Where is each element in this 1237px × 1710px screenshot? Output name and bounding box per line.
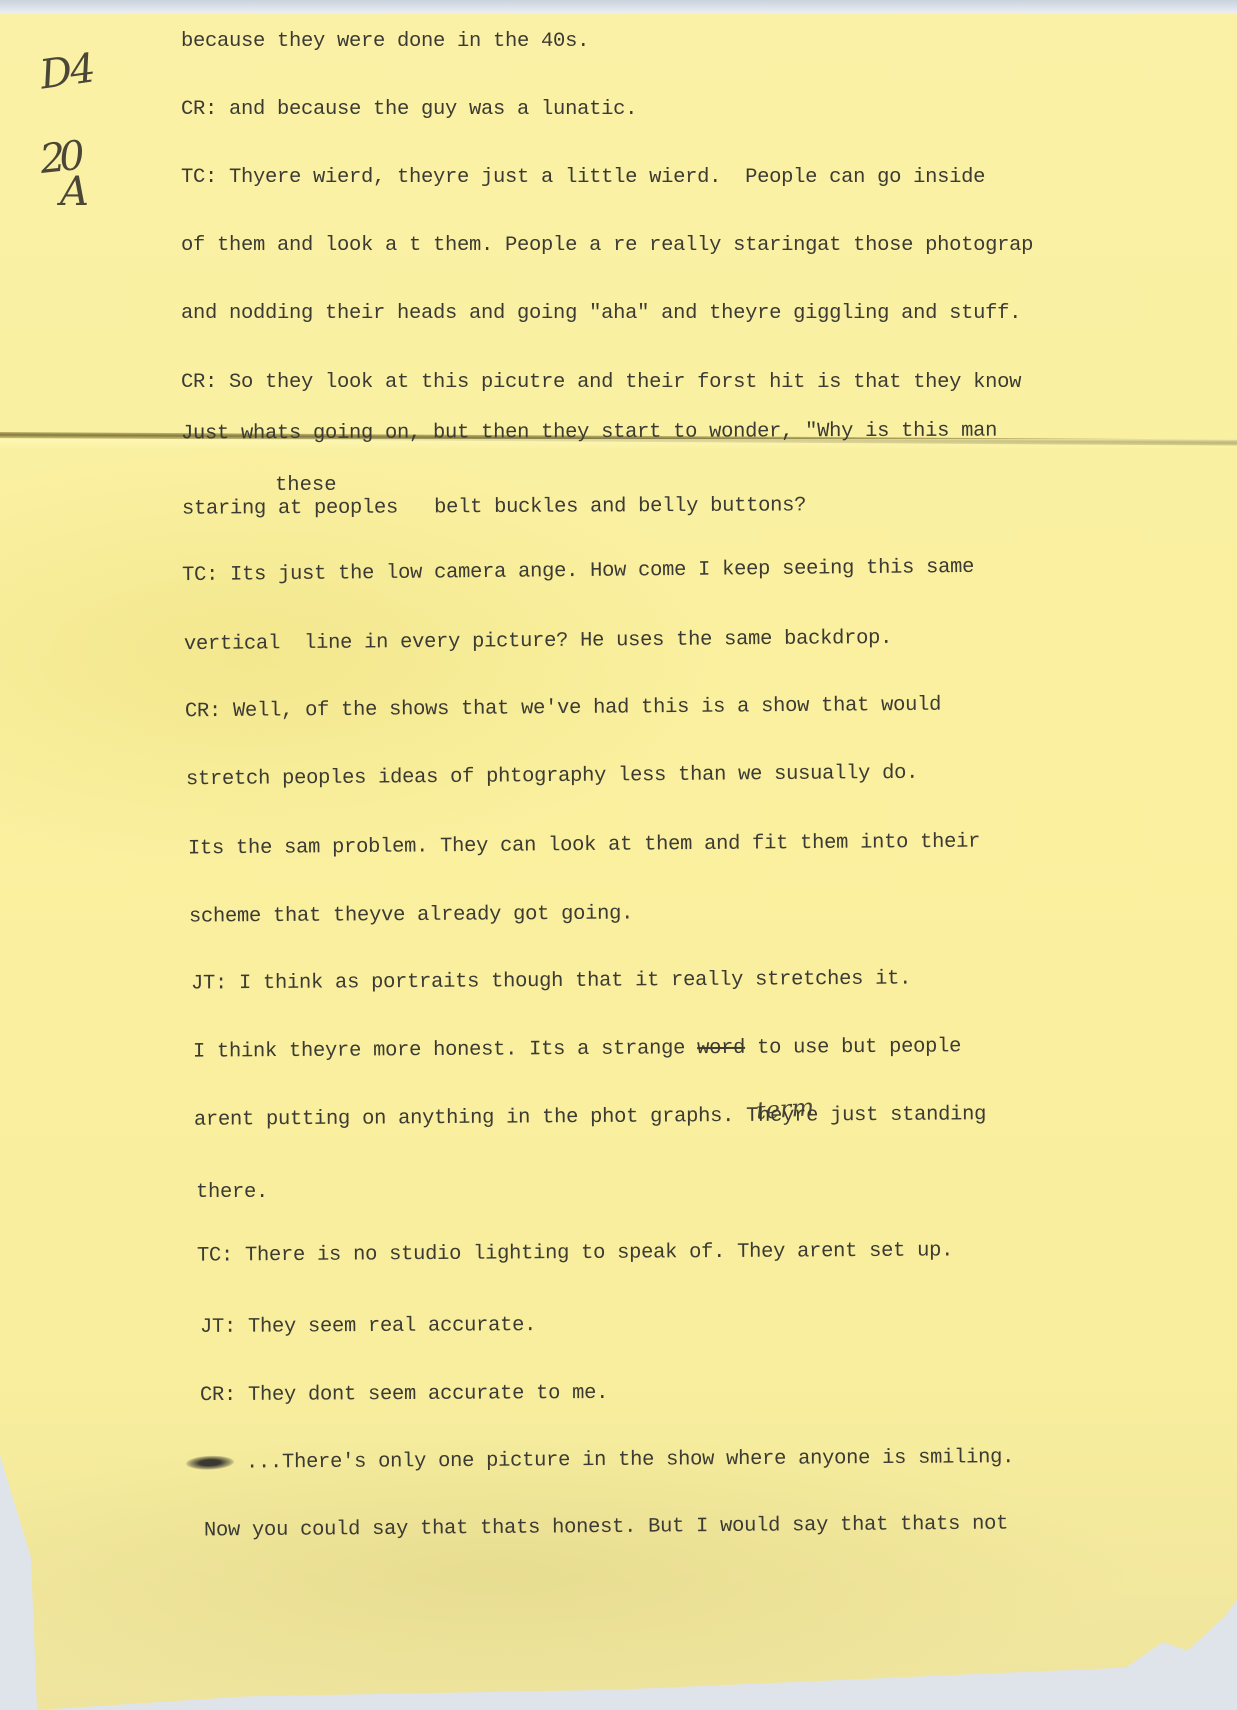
line-text: I think theyre more honest. Its a strang… xyxy=(193,1037,697,1064)
typed-insertion: these xyxy=(275,474,337,497)
scribbled-out-speaker-tag xyxy=(184,1455,237,1469)
transcript-line: CR: and because the guy was a lunatic. xyxy=(181,98,637,121)
transcript-line: of them and look a t them. People a re r… xyxy=(181,234,1033,257)
transcript-line: scheme that theyve already got going. xyxy=(189,902,633,928)
transcript-line: Just whats going on, but then they start… xyxy=(181,420,997,446)
transcript-line: CR: So they look at this picutre and the… xyxy=(181,371,1021,394)
transcript-line: because they were done in the 40s. xyxy=(181,30,589,53)
struck-word: word xyxy=(697,1037,745,1060)
transcript-line: there. xyxy=(196,1181,268,1204)
margin-note-letter: A xyxy=(60,172,89,212)
transcript-line: and nodding their heads and going "aha" … xyxy=(181,302,1021,325)
transcript-line: CR: They dont seem accurate to me. xyxy=(200,1382,608,1407)
transcript-line: TC: Thyere wierd, theyre just a little w… xyxy=(181,166,985,189)
line-text-rest: to use but people xyxy=(745,1035,961,1060)
transcript-line: staring at peoples belt buckles and bell… xyxy=(182,494,806,520)
transcript-line: JT: They seem real accurate. xyxy=(200,1314,536,1339)
scanner-background-top xyxy=(0,0,1237,14)
margin-note-page-code: D4 xyxy=(37,48,96,95)
